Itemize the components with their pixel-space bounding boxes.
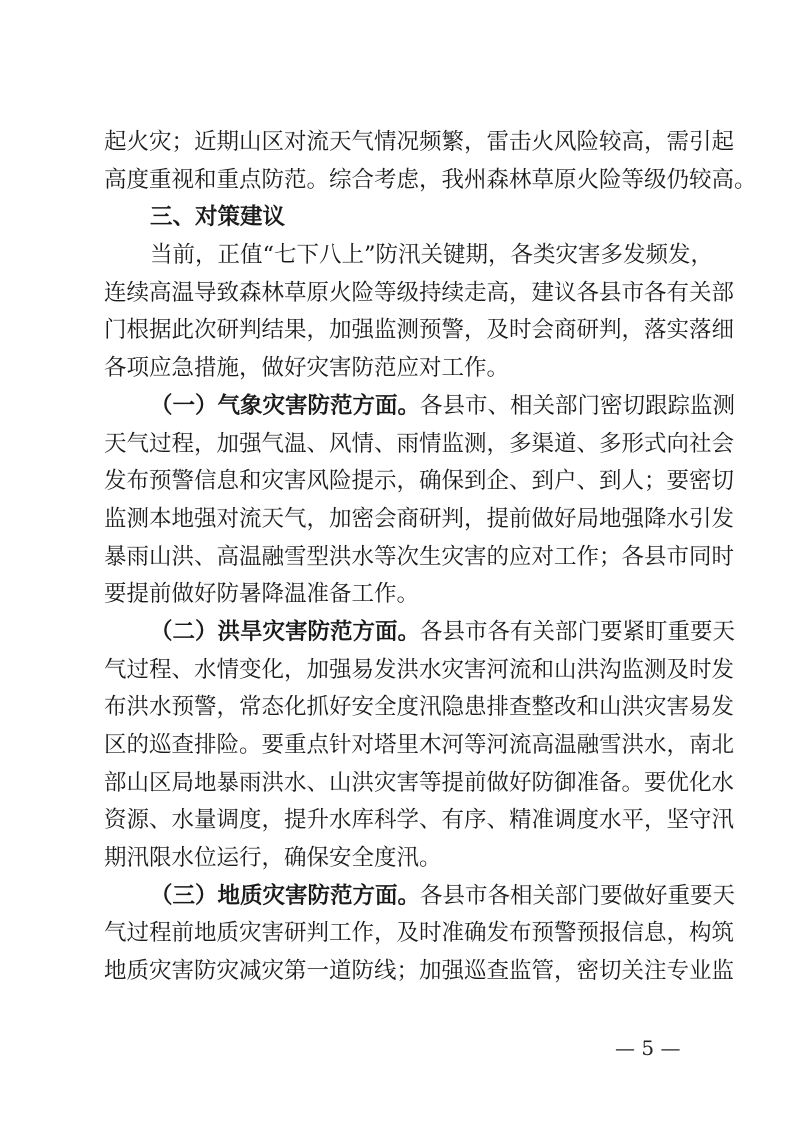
text-line: 当前，正值“七下八上”防汛关键期，各类灾害多发频发， xyxy=(104,237,692,275)
text-span: 各县市各有关部门要紧盯重要天 xyxy=(420,619,735,645)
text-line: 天气过程，加强气温、风情、雨情监测，多渠道、多形式向社会 xyxy=(104,426,692,464)
text-line: 资源、水量调度，提升水库科学、有序、精准调度水平，坚守汛 xyxy=(104,802,692,840)
page-number: — 5 — xyxy=(615,1036,680,1060)
text-line: 暴雨山洪、高温融雪型洪水等次生灾害的应对工作；各县市同时 xyxy=(104,539,692,577)
text-span: 各县市各相关部门要做好重要天 xyxy=(420,883,735,909)
text-line: 各项应急措施，做好灾害防范应对工作。 xyxy=(104,350,692,388)
text-line: 气过程、水情变化，加强易发洪水灾害河流和山洪沟监测及时发 xyxy=(104,652,692,690)
subsection-3-title: （三）地质灾害防范方面。 xyxy=(150,883,420,909)
subsection-1-title: （一）气象灾害防范方面。 xyxy=(150,393,420,419)
text-line: 门根据此次研判结果，加强监测预警，及时会商研判，落实落细 xyxy=(104,312,692,350)
text-line: 要提前做好防暑降温准备工作。 xyxy=(104,576,692,614)
text-line: 期汛限水位运行，确保安全度汛。 xyxy=(104,840,692,878)
text-line: 部山区局地暴雨洪水、山洪灾害等提前做好防御准备。要优化水 xyxy=(104,765,692,803)
document-page: 起火灾；近期山区对流天气情况频繁，雷击火风险较高，需引起 高度重视和重点防范。综… xyxy=(104,124,692,991)
text-line: 发布预警信息和灾害风险提示，确保到企、到户、到人；要密切 xyxy=(104,463,692,501)
section-heading: 三、对策建议 xyxy=(104,199,692,237)
text-span: 各县市、相关部门密切跟踪监测 xyxy=(420,393,735,419)
text-line: 监测本地强对流天气，加密会商研判，提前做好局地强降水引发 xyxy=(104,501,692,539)
text-line: 区的巡查排险。要重点针对塔里木河等河流高温融雪洪水，南北 xyxy=(104,727,692,765)
subsection-3-first-line: （三）地质灾害防范方面。各县市各相关部门要做好重要天 xyxy=(104,878,692,916)
subsection-2-title: （二）洪旱灾害防范方面。 xyxy=(150,619,420,645)
text-line: 气过程前地质灾害研判工作，及时准确发布预警预报信息，构筑 xyxy=(104,915,692,953)
subsection-2-first-line: （二）洪旱灾害防范方面。各县市各有关部门要紧盯重要天 xyxy=(104,614,692,652)
text-line: 地质灾害防灾减灾第一道防线；加强巡查监管，密切关注专业监 xyxy=(104,953,692,991)
subsection-1-first-line: （一）气象灾害防范方面。各县市、相关部门密切跟踪监测 xyxy=(104,388,692,426)
text-line: 起火灾；近期山区对流天气情况频繁，雷击火风险较高，需引起 xyxy=(104,124,692,162)
text-line: 高度重视和重点防范。综合考虑，我州森林草原火险等级仍较高。 xyxy=(104,162,692,200)
text-line: 布洪水预警，常态化抓好安全度汛隐患排查整改和山洪灾害易发 xyxy=(104,689,692,727)
text-line: 连续高温导致森林草原火险等级持续走高，建议各县市各有关部 xyxy=(104,275,692,313)
